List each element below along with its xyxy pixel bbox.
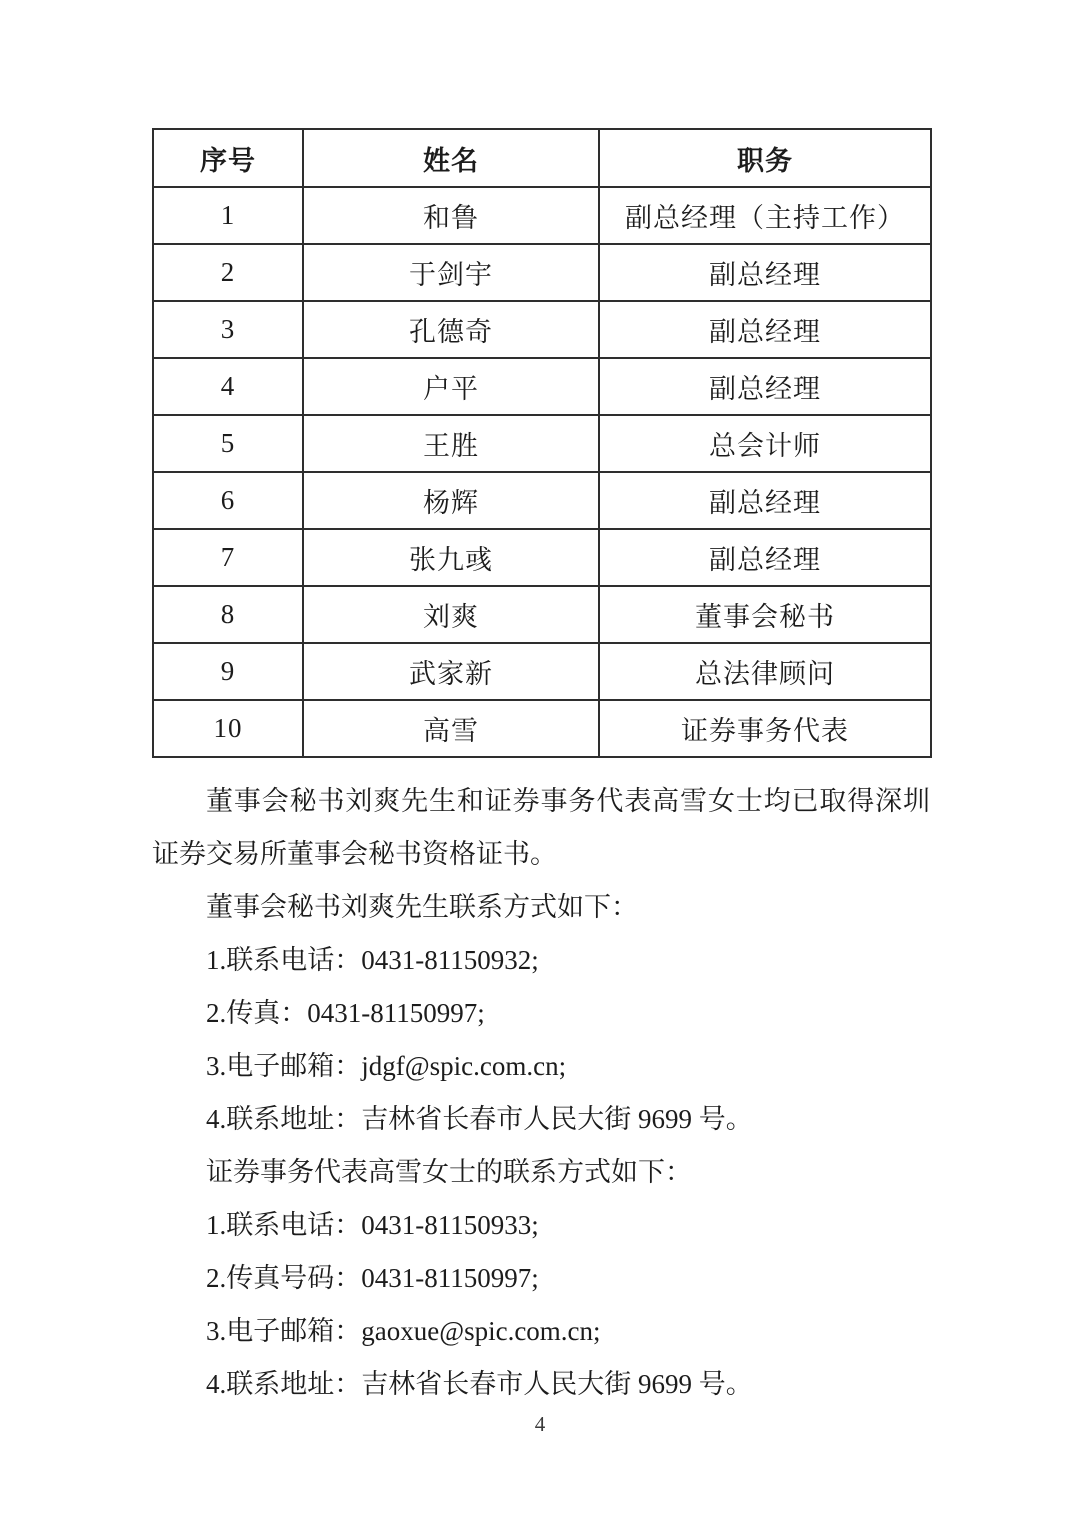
cell-seq: 8 (153, 586, 303, 643)
cell-seq: 5 (153, 415, 303, 472)
cell-name: 孔德奇 (303, 301, 599, 358)
secretary-contact-email: 3.电子邮箱：jdgf@spic.com.cn; (152, 1040, 930, 1093)
document-page: 序号 姓名 职务 1 和鲁 副总经理（主持工作） 2 于剑宇 副总经理 3 (0, 0, 1080, 1527)
cell-title: 董事会秘书 (599, 586, 931, 643)
secretary-contact-address: 4.联系地址：吉林省长春市人民大街 9699 号。 (152, 1093, 930, 1146)
cell-title: 副总经理 (599, 358, 931, 415)
cell-title: 副总经理 (599, 244, 931, 301)
cell-name: 武家新 (303, 643, 599, 700)
representative-contact-email: 3.电子邮箱：gaoxue@spic.com.cn; (152, 1305, 930, 1358)
paragraph-representative-intro: 证券事务代表高雪女士的联系方式如下： (152, 1146, 930, 1199)
cell-seq: 2 (153, 244, 303, 301)
cell-seq: 1 (153, 187, 303, 244)
cell-title: 副总经理 (599, 301, 931, 358)
body-text: 董事会秘书刘爽先生和证券事务代表高雪女士均已取得深圳证券交易所董事会秘书资格证书… (152, 775, 930, 1411)
table-header-row: 序号 姓名 职务 (153, 129, 931, 187)
cell-title: 证券事务代表 (599, 700, 931, 757)
representative-contact-phone: 1.联系电话：0431-81150933; (152, 1199, 930, 1252)
cell-seq: 3 (153, 301, 303, 358)
cell-name: 高雪 (303, 700, 599, 757)
paragraph-secretary-intro: 董事会秘书刘爽先生联系方式如下： (152, 881, 930, 934)
cell-name: 杨辉 (303, 472, 599, 529)
paragraph-certificate-note: 董事会秘书刘爽先生和证券事务代表高雪女士均已取得深圳证券交易所董事会秘书资格证书… (152, 775, 930, 881)
secretary-contact-fax: 2.传真：0431-81150997; (152, 987, 930, 1040)
table-row: 9 武家新 总法律顾问 (153, 643, 931, 700)
representative-contact-fax: 2.传真号码：0431-81150997; (152, 1252, 930, 1305)
cell-seq: 6 (153, 472, 303, 529)
cell-seq: 9 (153, 643, 303, 700)
cell-name: 和鲁 (303, 187, 599, 244)
document-content: 序号 姓名 职务 1 和鲁 副总经理（主持工作） 2 于剑宇 副总经理 3 (152, 128, 930, 1411)
table-row: 3 孔德奇 副总经理 (153, 301, 931, 358)
table-row: 8 刘爽 董事会秘书 (153, 586, 931, 643)
header-title: 职务 (599, 129, 931, 187)
cell-title: 总法律顾问 (599, 643, 931, 700)
page-number: 4 (0, 1412, 1080, 1437)
cell-seq: 4 (153, 358, 303, 415)
table-row: 4 户平 副总经理 (153, 358, 931, 415)
cell-name: 张九彧 (303, 529, 599, 586)
table-row: 10 高雪 证券事务代表 (153, 700, 931, 757)
table-row: 6 杨辉 副总经理 (153, 472, 931, 529)
table-row: 2 于剑宇 副总经理 (153, 244, 931, 301)
cell-title: 副总经理 (599, 472, 931, 529)
cell-name: 王胜 (303, 415, 599, 472)
secretary-contact-phone: 1.联系电话：0431-81150932; (152, 934, 930, 987)
table-row: 5 王胜 总会计师 (153, 415, 931, 472)
cell-name: 刘爽 (303, 586, 599, 643)
executives-table: 序号 姓名 职务 1 和鲁 副总经理（主持工作） 2 于剑宇 副总经理 3 (152, 128, 932, 758)
cell-name: 户平 (303, 358, 599, 415)
cell-seq: 7 (153, 529, 303, 586)
cell-title: 副总经理（主持工作） (599, 187, 931, 244)
cell-name: 于剑宇 (303, 244, 599, 301)
table-row: 1 和鲁 副总经理（主持工作） (153, 187, 931, 244)
header-seq: 序号 (153, 129, 303, 187)
cell-title: 副总经理 (599, 529, 931, 586)
header-name: 姓名 (303, 129, 599, 187)
cell-seq: 10 (153, 700, 303, 757)
cell-title: 总会计师 (599, 415, 931, 472)
representative-contact-address: 4.联系地址：吉林省长春市人民大街 9699 号。 (152, 1358, 930, 1411)
table-row: 7 张九彧 副总经理 (153, 529, 931, 586)
